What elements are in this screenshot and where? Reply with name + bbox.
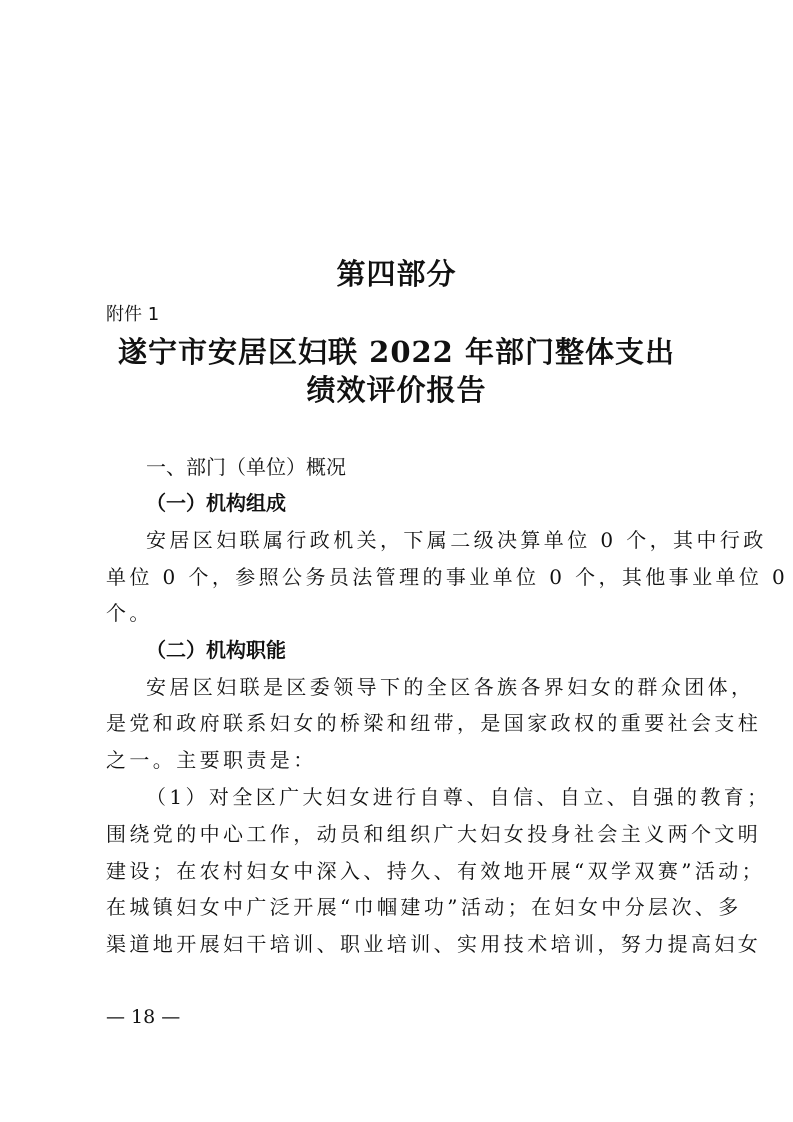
page-number: — 18 — — [106, 1006, 180, 1028]
paragraph-line: 渠道地开展妇干培训、职业培训、实用技术培训，努力提高妇女 — [106, 928, 761, 957]
report-title-line1: 遂宁市安居区妇联 2022 年部门整体支出 — [0, 330, 793, 371]
paragraph-line: 在城镇妇女中广泛开展“巾帼建功”活动；在妇女中分层次、多 — [106, 891, 742, 920]
attachment-label: 附件 1 — [106, 300, 159, 326]
paragraph-line: 单位 0 个，参照公务员法管理的事业单位 0 个，其他事业单位 0 — [106, 561, 788, 590]
paragraph-line: 之一。主要职责是： — [106, 744, 317, 773]
paragraph-line: 建设；在农村妇女中深入、持久、有效地开展“双学双赛”活动； — [106, 855, 765, 884]
section-heading-overview: 一、部门（单位）概况 — [146, 451, 346, 480]
paragraph-line: 安居区妇联属行政机关，下属二级决算单位 0 个，其中行政 — [146, 524, 767, 553]
paragraph-line: 个。 — [106, 597, 153, 626]
paragraph-line: 围绕党的中心工作，动员和组织广大妇女投身社会主义两个文明 — [106, 818, 761, 847]
paragraph-line: 是党和政府联系妇女的桥梁和纽带，是国家政权的重要社会支柱 — [106, 707, 761, 736]
paragraph-line: （1）对全区广大妇女进行自尊、自信、自立、自强的教育； — [146, 781, 771, 810]
paragraph-line: 安居区妇联是区委领导下的全区各族各界妇女的群众团体， — [146, 671, 754, 700]
subsection-heading-functions: （二）机构职能 — [146, 634, 286, 663]
part-title: 第四部分 — [0, 252, 793, 293]
report-title-line2: 绩效评价报告 — [0, 368, 793, 409]
subsection-heading-composition: （一）机构组成 — [146, 487, 286, 516]
